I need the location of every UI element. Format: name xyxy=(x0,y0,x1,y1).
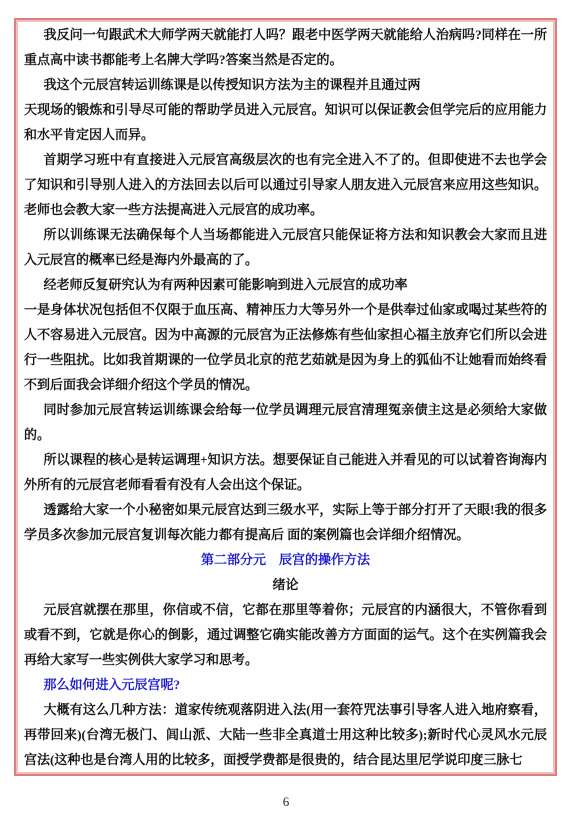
document-page: 我反问一句跟武术大师学两天就能打人吗？跟老中医学两天就能给人治病吗?同样在一所重… xyxy=(0,0,572,822)
page-content: 我反问一句跟武术大师学两天就能打人吗？跟老中医学两天就能给人治病吗?同样在一所重… xyxy=(16,20,555,774)
paragraph: 透露给大家一个小秘密如果元辰宫达到三级水平，实际上等于部分打开了天眼!我的很多学… xyxy=(24,497,547,547)
section-heading: 第二部分元 辰宫的操作方法 xyxy=(24,547,547,572)
page-number: 6 xyxy=(0,794,572,810)
question-heading: 那么如何进入元辰宫呢? xyxy=(24,672,547,697)
paragraph: 经老师反复研究认为有两种因素可能影响到进入元辰宫的成功率 一是身体状况包括但不仅… xyxy=(24,272,547,397)
page-border: 我反问一句跟武术大师学两天就能打人吗？跟老中医学两天就能给人治病吗?同样在一所重… xyxy=(14,18,557,776)
paragraph: 我反问一句跟武术大师学两天就能打人吗？跟老中医学两天就能给人治病吗?同样在一所重… xyxy=(24,22,547,72)
paragraph: 同时参加元辰宫转运训练课会给每一位学员调理元辰宫清理冤亲债主这是必须给大家做的。 xyxy=(24,397,547,447)
subsection-heading: 绪论 xyxy=(24,572,547,597)
paragraph: 首期学习班中有直接进入元辰宫高级层次的也有完全进入不了的。但即使进不去也学会了知… xyxy=(24,147,547,222)
paragraph: 所以训练课无法确保每个人当场都能进入元辰宫只能保证将方法和知识教会大家而且进入元… xyxy=(24,222,547,272)
paragraph: 元辰宫就摆在那里，你信或不信，它都在那里等着你；元辰宫的内涵很大，不管你看到或看… xyxy=(24,597,547,672)
paragraph: 大概有这么几种方法：道家传统观落阴进入法(用一套符咒法事引导客人进入地府察看，再… xyxy=(24,697,547,772)
paragraph: 所以课程的核心是转运调理+知识方法。想要保证自己能进入并看见的可以试着咨询海内外… xyxy=(24,447,547,497)
paragraph: 我这个元辰宫转运训练课是以传授知识方法为主的课程并且通过两 天现场的锻炼和引导尽… xyxy=(24,72,547,147)
